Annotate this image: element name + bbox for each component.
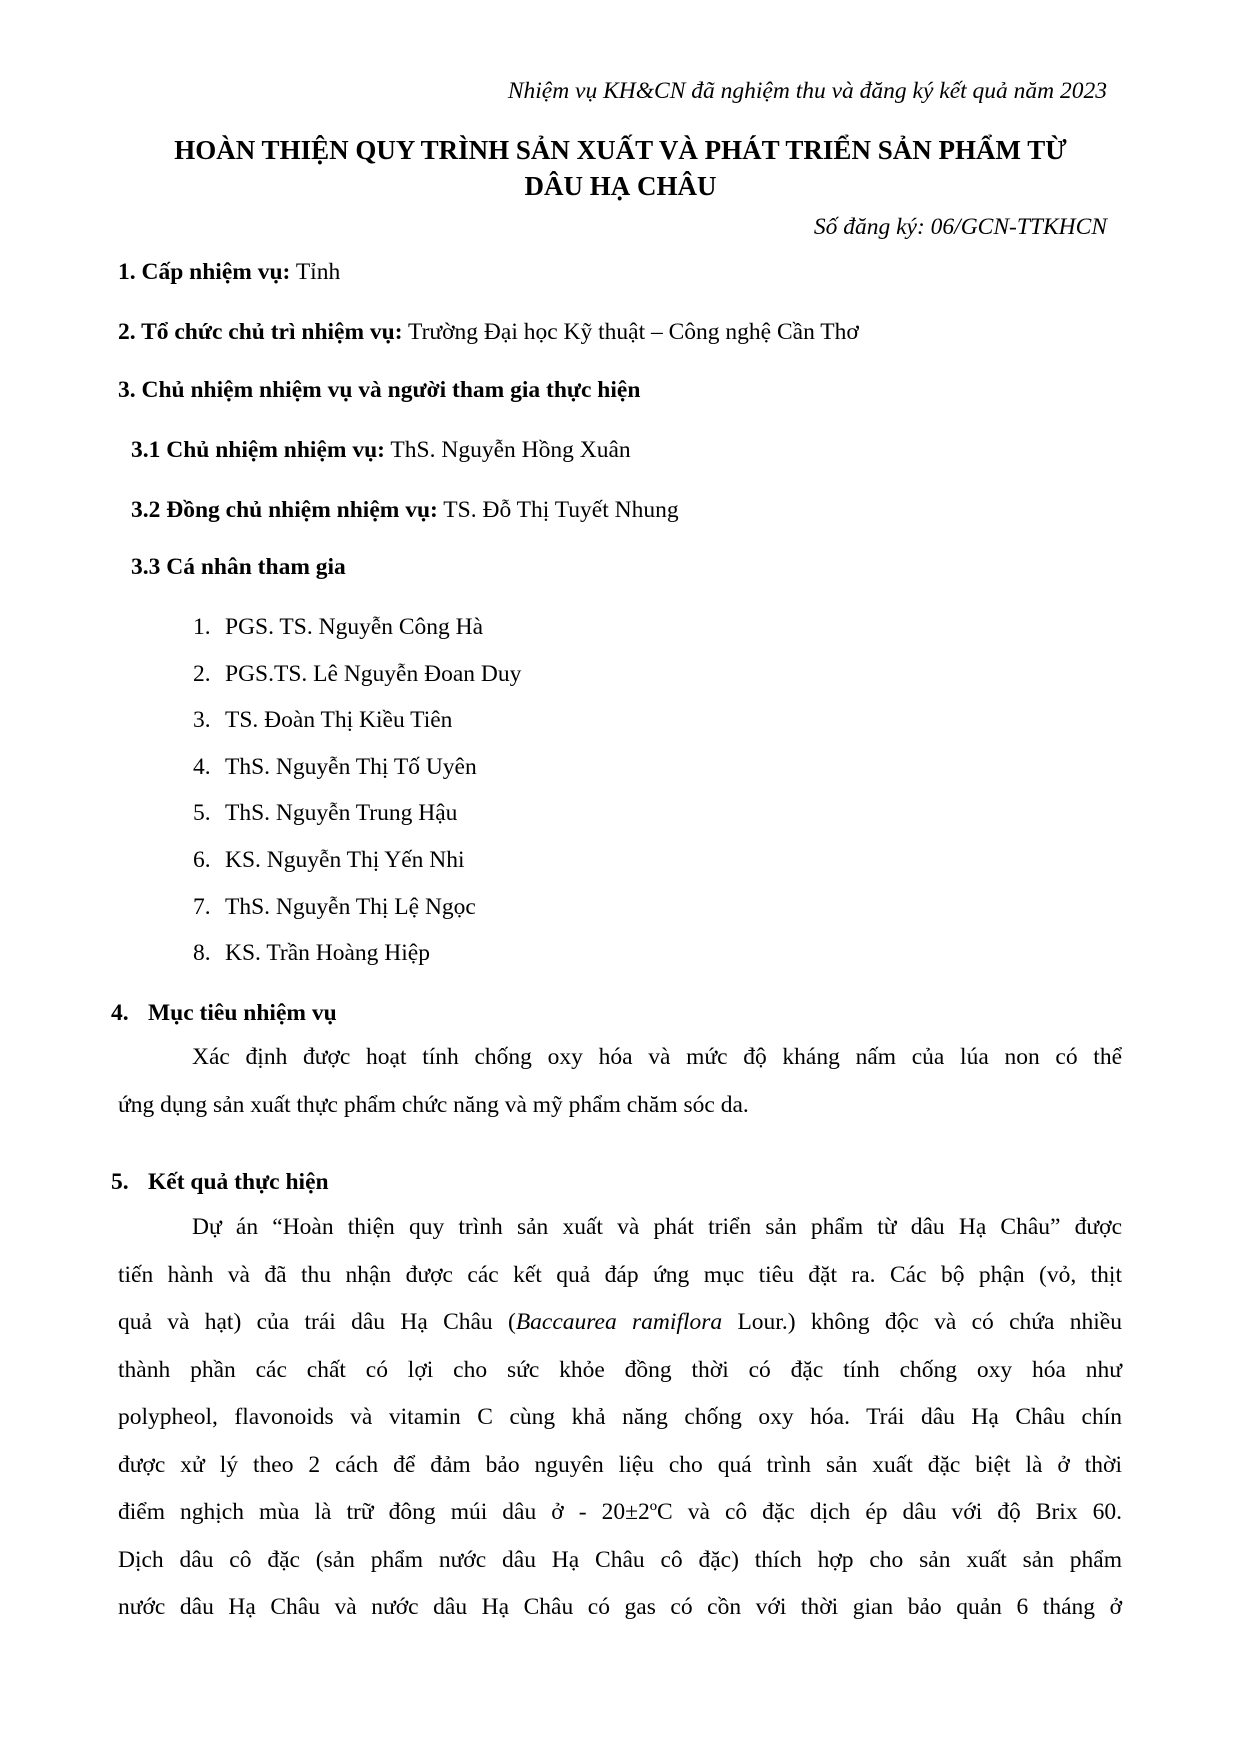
participant-number: 8.: [193, 939, 211, 967]
section-3-2: 3.2 Đồng chủ nhiệm nhiệm vụ: TS. Đỗ Thị …: [131, 496, 679, 524]
participant-number: 6.: [193, 846, 211, 874]
paragraph-line: quả và hạt) của trái dâu Hạ Châu (Baccau…: [118, 1299, 1122, 1347]
participant-number: 3.: [193, 706, 211, 734]
paragraph-line: Dự án “Hoàn thiện quy trình sản xuất và …: [118, 1204, 1122, 1252]
participant-number: 4.: [193, 753, 211, 781]
section-3-heading: 3. Chủ nhiệm nhiệm vụ và người tham gia …: [118, 376, 640, 404]
section-label: 1. Cấp nhiệm vụ:: [118, 259, 290, 285]
section-value: Tỉnh: [290, 259, 340, 285]
title-line: DÂU HẠ CHÂU: [0, 168, 1241, 204]
title-line: HOÀN THIỆN QUY TRÌNH SẢN XUẤT VÀ PHÁT TR…: [0, 132, 1241, 168]
paragraph-line: Dịch dâu cô đặc (sản phẩm nước dâu Hạ Ch…: [118, 1537, 1122, 1585]
participant-name: PGS.TS. Lê Nguyễn Đoan Duy: [225, 660, 521, 688]
participant-number: 7.: [193, 893, 211, 921]
participant-name: KS. Trần Hoàng Hiệp: [225, 939, 430, 967]
species-name: Baccaurea ramiflora: [516, 1309, 722, 1335]
paragraph-line: Xác định được hoạt tính chống oxy hóa và…: [118, 1034, 1122, 1082]
participant-number: 5.: [193, 799, 211, 827]
registration-number: Số đăng ký: 06/GCN-TTKHCN: [814, 214, 1107, 241]
page-header: Nhiệm vụ KH&CN đã nghiệm thu và đăng ký …: [508, 78, 1107, 105]
section-4-heading: Mục tiêu nhiệm vụ: [148, 999, 337, 1027]
paragraph-line: polypheol, flavonoids và vitamin C cùng …: [118, 1394, 1122, 1442]
paragraph-line: thành phần các chất có lợi cho sức khỏe …: [118, 1347, 1122, 1395]
participant-number: 2.: [193, 660, 211, 688]
participant-name: ThS. Nguyễn Thị Tố Uyên: [225, 753, 477, 781]
section-3-3-heading: 3.3 Cá nhân tham gia: [131, 553, 346, 581]
paragraph-line: nước dâu Hạ Châu và nước dâu Hạ Châu có …: [118, 1584, 1122, 1632]
participant-name: ThS. Nguyễn Trung Hậu: [225, 799, 457, 827]
section-4-paragraph: Xác định được hoạt tính chống oxy hóa và…: [118, 1034, 1122, 1129]
participant-name: PGS. TS. Nguyễn Công Hà: [225, 613, 483, 641]
participant-name: KS. Nguyễn Thị Yến Nhi: [225, 846, 465, 874]
section-label: 2. Tổ chức chủ trì nhiệm vụ:: [118, 319, 403, 345]
paragraph-line: tiến hành và đã thu nhận được các kết qu…: [118, 1252, 1122, 1300]
paragraph-line: điểm nghịch mùa là trữ đông múi dâu ở - …: [118, 1489, 1122, 1537]
section-label: 3.2 Đồng chủ nhiệm nhiệm vụ:: [131, 497, 438, 523]
participant-name: ThS. Nguyễn Thị Lệ Ngọc: [225, 893, 476, 921]
section-4-number: 4.: [111, 999, 129, 1027]
participant-name: TS. Đoàn Thị Kiều Tiên: [225, 706, 452, 734]
section-5-heading: Kết quả thực hiện: [148, 1168, 329, 1196]
section-value: TS. Đỗ Thị Tuyết Nhung: [438, 497, 679, 523]
section-2: 2. Tổ chức chủ trì nhiệm vụ: Trường Đại …: [118, 318, 859, 346]
section-label: 3.1 Chủ nhiệm nhiệm vụ:: [131, 437, 385, 463]
section-1: 1. Cấp nhiệm vụ: Tỉnh: [118, 258, 340, 286]
participant-number: 1.: [193, 613, 211, 641]
document-title: HOÀN THIỆN QUY TRÌNH SẢN XUẤT VÀ PHÁT TR…: [0, 132, 1241, 204]
paragraph-line: được xử lý theo 2 cách để đảm bảo nguyên…: [118, 1442, 1122, 1490]
section-value: Trường Đại học Kỹ thuật – Công nghệ Cần …: [403, 319, 859, 345]
section-3-1: 3.1 Chủ nhiệm nhiệm vụ: ThS. Nguyễn Hồng…: [131, 436, 631, 464]
paragraph-line: ứng dụng sản xuất thực phẩm chức năng và…: [118, 1082, 1122, 1130]
section-5-number: 5.: [111, 1168, 129, 1196]
section-value: ThS. Nguyễn Hồng Xuân: [385, 437, 631, 463]
section-5-paragraph: Dự án “Hoàn thiện quy trình sản xuất và …: [118, 1204, 1122, 1632]
